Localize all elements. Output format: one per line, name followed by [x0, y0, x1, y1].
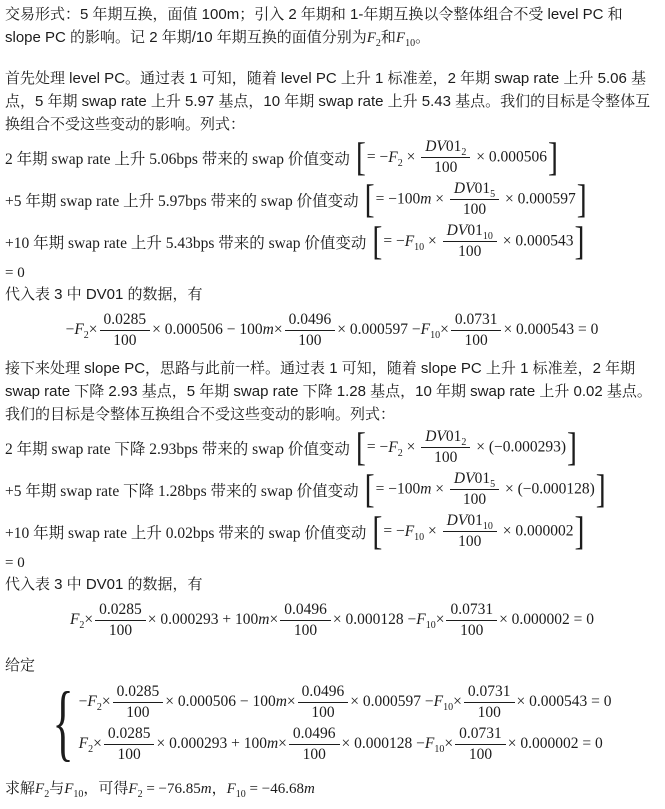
- slope-formula-10y-label: +10 年期 swap rate 上升 0.02bps 带来的 swap 价值变…: [5, 521, 366, 543]
- level-formula-5y-math: = −100m × DV015100 × 0.000597: [376, 180, 576, 219]
- left-bracket: [: [372, 221, 382, 262]
- document-page: 交易形式：5 年期互换，面值 100m；引入 2 年期和 1-年期互换以令整体组…: [0, 0, 665, 809]
- left-bracket: [: [372, 511, 382, 552]
- slope-pc-paragraph: 接下来处理 slope PC，思路与此前一样。通过表 1 可知，随着 slope…: [5, 357, 659, 426]
- level-formula-10y: +10 年期 swap rate 上升 5.43bps 带来的 swap 价值变…: [5, 221, 659, 262]
- slope-formula-10y-math: = −F10 × DV0110100 × 0.000002: [383, 512, 573, 551]
- left-bracket: [: [356, 427, 366, 468]
- slope-formula-5y: +5 年期 swap rate 下降 1.28bps 带来的 swap 价值变动…: [5, 469, 659, 510]
- right-bracket: ]: [574, 511, 584, 552]
- level-combined-equation: −F2 × 0.0285100 × 0.000506 − 100m × 0.04…: [5, 309, 659, 351]
- slope-formula-5y-label: +5 年期 swap rate 下降 1.28bps 带来的 swap 价值变动: [5, 479, 359, 501]
- given-label: 给定: [5, 655, 659, 677]
- level-formula-5y: +5 年期 swap rate 上升 5.97bps 带来的 swap 价值变动…: [5, 179, 659, 220]
- slope-combined-equation: F2 × 0.0285100 × 0.000293 + 100m × 0.049…: [5, 599, 659, 641]
- left-bracket: [: [365, 469, 375, 510]
- left-bracket: [: [356, 137, 366, 178]
- level-pc-paragraph: 首先处理 level PC。通过表 1 可知，随着 level PC 上升 1 …: [5, 67, 659, 136]
- slope-formula-2y-math: = −F2 × DV012100 × (−0.000293): [367, 428, 566, 467]
- right-bracket: ]: [596, 469, 606, 510]
- system-equation-slope: F2 × 0.0285100 × 0.000293 + 100m × 0.049…: [79, 723, 612, 765]
- right-bracket: ]: [567, 427, 577, 468]
- slope-equals-zero: = 0: [5, 553, 659, 573]
- intro-paragraph: 交易形式：5 年期互换，面值 100m；引入 2 年期和 1-年期互换以令整体组…: [5, 3, 659, 50]
- level-formula-5y-label: +5 年期 swap rate 上升 5.97bps 带来的 swap 价值变动: [5, 189, 359, 211]
- system-rows: −F2 × 0.0285100 × 0.000506 − 100m × 0.04…: [79, 681, 612, 765]
- left-bracket: [: [365, 179, 375, 220]
- slope-formula-2y: 2 年期 swap rate 下降 2.93bps 带来的 swap 价值变动 …: [5, 427, 659, 468]
- equation-system: { −F2 × 0.0285100 × 0.000506 − 100m × 0.…: [5, 681, 659, 765]
- level-formula-10y-label: +10 年期 swap rate 上升 5.43bps 带来的 swap 价值变…: [5, 231, 366, 253]
- solution-line: 求解F2与F10，可得F2 = −76.85m，F10 = −46.68m: [5, 777, 659, 801]
- slope-substitution-note: 代入表 3 中 DV01 的数据，有: [5, 574, 659, 595]
- left-brace: {: [53, 680, 74, 766]
- level-formula-2y-label: 2 年期 swap rate 上升 5.06bps 带来的 swap 价值变动: [5, 147, 350, 169]
- system-equation-level: −F2 × 0.0285100 × 0.000506 − 100m × 0.04…: [79, 681, 612, 723]
- level-formula-2y: 2 年期 swap rate 上升 5.06bps 带来的 swap 价值变动 …: [5, 137, 659, 178]
- slope-formula-10y: +10 年期 swap rate 上升 0.02bps 带来的 swap 价值变…: [5, 511, 659, 552]
- right-bracket: ]: [577, 179, 587, 220]
- level-formula-2y-math: = −F2 × DV012100 × 0.000506: [367, 138, 547, 177]
- level-equals-zero: = 0: [5, 263, 659, 283]
- right-bracket: ]: [548, 137, 558, 178]
- level-substitution-note: 代入表 3 中 DV01 的数据，有: [5, 284, 659, 305]
- slope-formula-2y-label: 2 年期 swap rate 下降 2.93bps 带来的 swap 价值变动: [5, 437, 350, 459]
- level-formula-10y-math: = −F10 × DV0110100 × 0.000543: [383, 222, 573, 261]
- right-bracket: ]: [574, 221, 584, 262]
- slope-formula-5y-math: = −100m × DV015100 × (−0.000128): [376, 470, 595, 509]
